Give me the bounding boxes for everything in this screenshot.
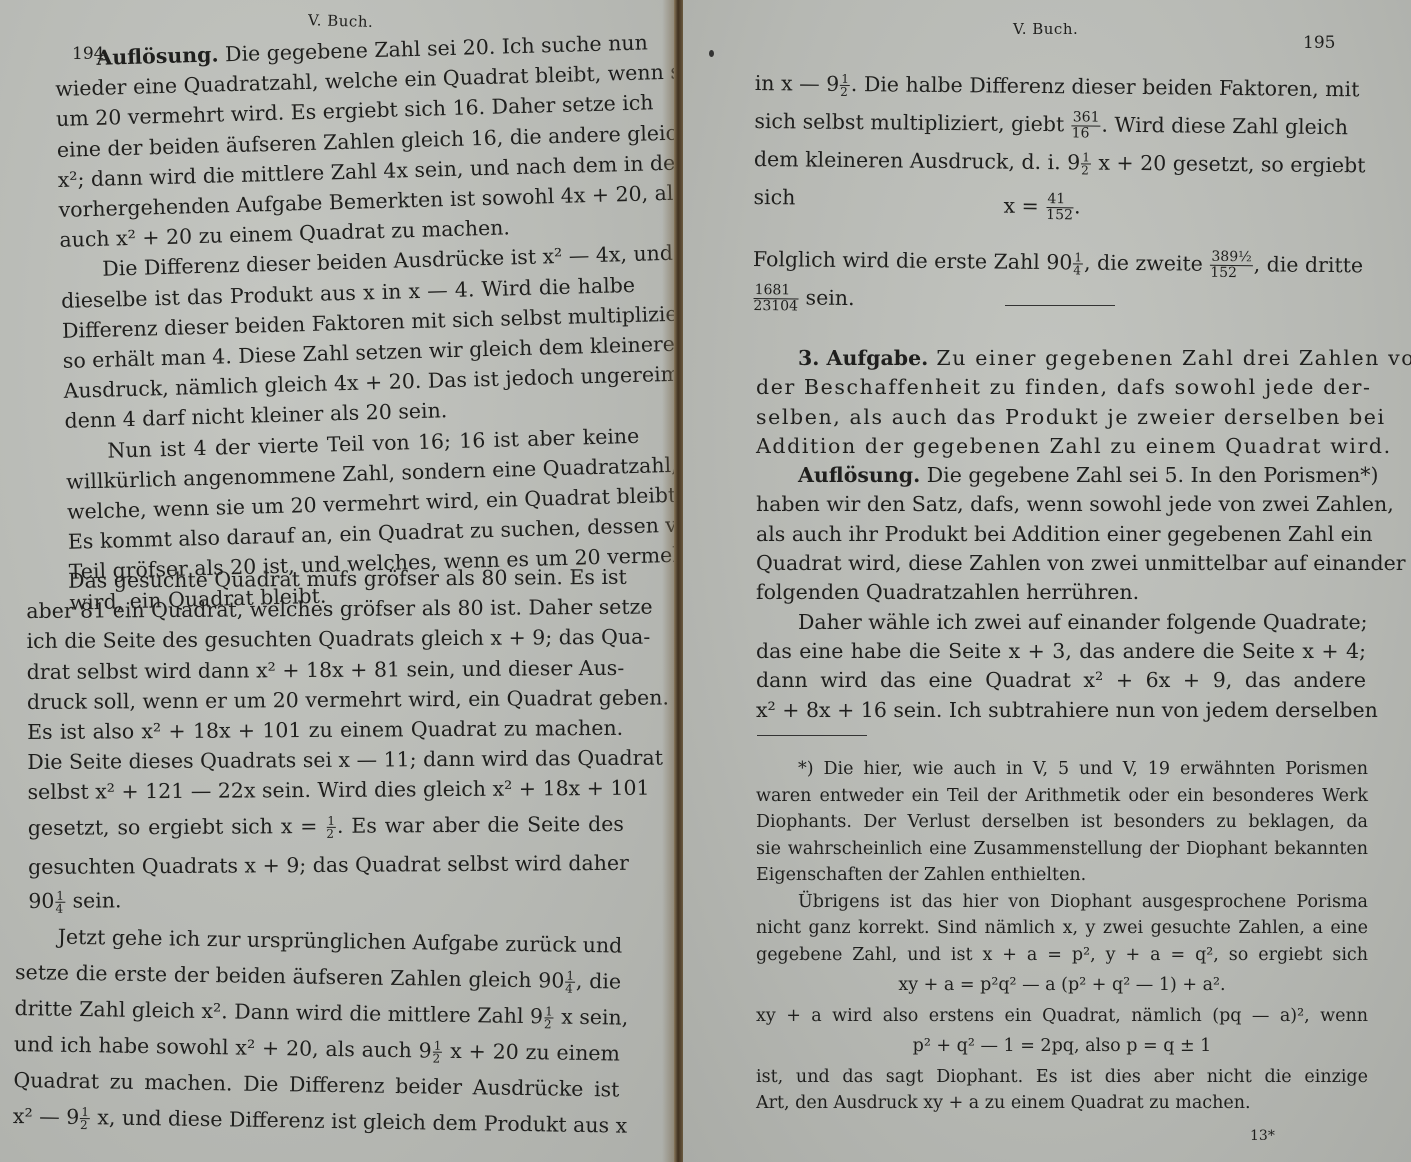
fraction: 12 xyxy=(80,1106,90,1131)
left-page: V. Buch. 194 Auflösung. Die gegebene Zah… xyxy=(0,0,676,1162)
fraction: 14 xyxy=(565,970,575,995)
ink-speck xyxy=(709,50,714,57)
fraction: 12 xyxy=(544,1005,554,1030)
signature-mark: 13* xyxy=(1250,1128,1275,1144)
fraction: 41152 xyxy=(1046,192,1073,223)
solution-paragraph: Auflösung. Die gegebene Zahl sei 5. In d… xyxy=(756,461,1366,607)
paragraph: Die Differenz dieser beiden Ausdrücke is… xyxy=(60,239,639,436)
paragraph: Auflösung. Die gegebene Zahl sei 20. Ich… xyxy=(54,28,634,255)
paragraph: Jetzt gehe ich zur ursprünglichen Aufgab… xyxy=(13,918,622,1143)
display-equation: x = 41152. xyxy=(1003,187,1080,226)
paragraph: Daher wähle ich zwei auf einander folgen… xyxy=(756,608,1366,725)
fraction: 12 xyxy=(326,814,336,839)
right-text-top: in x — 912. Die halbe Differenz dieser b… xyxy=(752,64,1343,322)
display-equation: p² + q² — 1 = 2pq, also p = q ± 1 xyxy=(756,1033,1368,1060)
right-page: V. Buch. 195 in x — 912. Die halbe Diffe… xyxy=(683,0,1411,1162)
fraction: 14 xyxy=(1073,251,1083,276)
fraction: 12 xyxy=(840,73,850,98)
fraction: 168123104 xyxy=(753,283,798,314)
book-gutter xyxy=(674,0,683,1162)
section-divider xyxy=(1005,305,1115,306)
section-label: Auflösung. xyxy=(96,42,219,69)
solution-label: Auflösung. xyxy=(798,463,920,487)
page-edge-shadow xyxy=(662,0,674,1162)
fraction: 12 xyxy=(1081,151,1091,176)
fraction: 12 xyxy=(432,1040,442,1065)
problem-label: 3. Aufgabe. xyxy=(798,346,928,370)
footnote: *) Die hier, wie auch in V, 5 und V, 19 … xyxy=(756,756,1368,1117)
footnote-divider xyxy=(757,735,867,736)
paragraph: Das gesuchte Quadrat mufs gröfser als 80… xyxy=(26,562,624,916)
fraction: 14 xyxy=(55,889,65,914)
right-text-main: 3. Aufgabe. Zu einer gegebenen Zahl drei… xyxy=(756,344,1366,725)
left-text-middle: Das gesuchte Quadrat mufs gröfser als 80… xyxy=(26,562,624,916)
fraction: 389½152 xyxy=(1210,250,1253,281)
left-text-top: Auflösung. Die gegebene Zahl sei 20. Ich… xyxy=(54,28,644,618)
fraction: 36116 xyxy=(1072,110,1101,141)
running-head-left: V. Buch. xyxy=(308,11,374,31)
book-spread: V. Buch. 194 Auflösung. Die gegebene Zah… xyxy=(0,0,1411,1162)
problem-statement: 3. Aufgabe. Zu einer gegebenen Zahl drei… xyxy=(756,344,1366,461)
left-text-bottom: Jetzt gehe ich zur ursprünglichen Aufgab… xyxy=(13,918,622,1143)
display-equation: xy + a = p²q² — a (p² + q² — 1) + a². xyxy=(756,972,1368,999)
running-head-right: V. Buch. xyxy=(1013,20,1078,38)
page-number-right: 195 xyxy=(1303,33,1335,53)
paragraph: in x — 912. Die halbe Differenz dieser b… xyxy=(752,64,1343,322)
